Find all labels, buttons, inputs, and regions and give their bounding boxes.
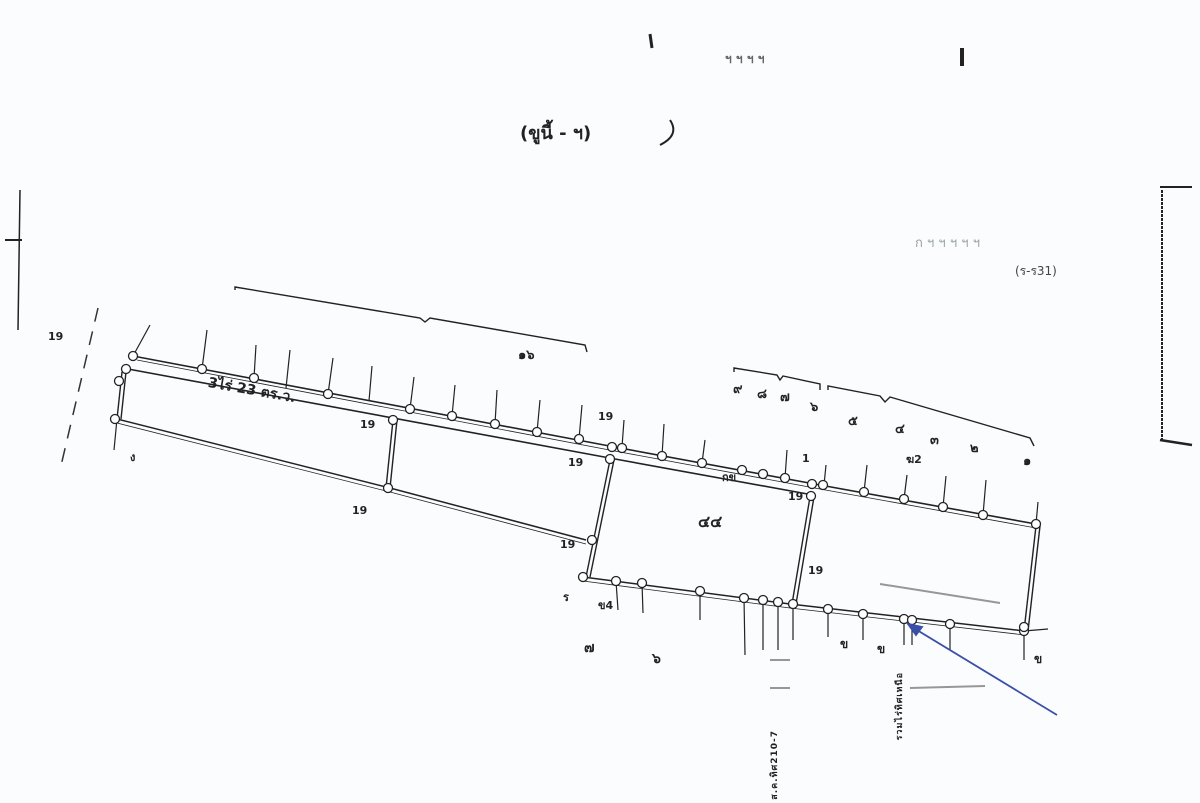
- parcel-label: ๖: [652, 648, 661, 670]
- bracket-right-number: ๔: [895, 418, 905, 439]
- parcel-label: 19: [568, 456, 583, 469]
- parcel-label: ข: [877, 640, 885, 659]
- header-right-note-1: ก ฯ ฯ ฯ ฯ ฯ: [915, 232, 980, 253]
- bracket-left-number: ๑๖: [518, 344, 535, 365]
- bottom-vertical-label-right: รวมไร่ทิศเหนือ: [893, 672, 907, 740]
- bracket-right-number: ๑: [1023, 450, 1031, 471]
- header-top-text: ฯ ฯ ฯ ฯ: [725, 50, 765, 69]
- bracket-right-number: ๓: [930, 429, 939, 450]
- annotation-arrow: [908, 624, 1057, 715]
- parcel-label: 19: [560, 538, 575, 551]
- parcel-label: 19: [788, 490, 803, 503]
- parcel-label: ฆ2: [906, 450, 922, 468]
- header-title-mark: (ขูนี้ - ฯ): [520, 118, 591, 147]
- bracket-mid-number: ๖: [810, 396, 818, 417]
- parcel-label: 19: [48, 330, 63, 343]
- bottom-vertical-label-left: ส.ค.ทิศ210-7: [768, 730, 782, 800]
- bracket-mid-number: ๘: [757, 383, 767, 404]
- bracket-right-number: ๕: [848, 410, 858, 431]
- parcel-label: 1: [802, 452, 810, 465]
- parcel-label: ข: [1034, 650, 1042, 669]
- bracket-right-number: ๒: [970, 437, 979, 458]
- parcel-label: ข4: [598, 596, 613, 614]
- parcel-label: กข: [722, 468, 736, 486]
- parcel-label: 19: [808, 564, 823, 577]
- parcel-label: 19: [360, 418, 375, 431]
- survey-map-canvas: [0, 0, 1200, 803]
- parcel-label: 19: [352, 504, 367, 517]
- lot-brackets: [235, 287, 1034, 446]
- left-dashed-boundary: [60, 308, 98, 470]
- parcel-label: ข: [840, 635, 848, 654]
- bracket-mid-number: ๗: [780, 386, 790, 407]
- center-parcel-label: ๔๔: [698, 510, 722, 535]
- scan-smudges: [770, 584, 1000, 688]
- parcel-label: ร: [563, 588, 569, 606]
- parcel-label: ง: [130, 448, 135, 466]
- page-edge-marks: [5, 34, 1192, 445]
- bracket-mid-number: ๙: [733, 378, 743, 399]
- parcel-label: ๗: [584, 637, 595, 659]
- parcel-label: 19: [598, 410, 613, 423]
- header-right-note-2: (ร-ร31): [1015, 262, 1057, 281]
